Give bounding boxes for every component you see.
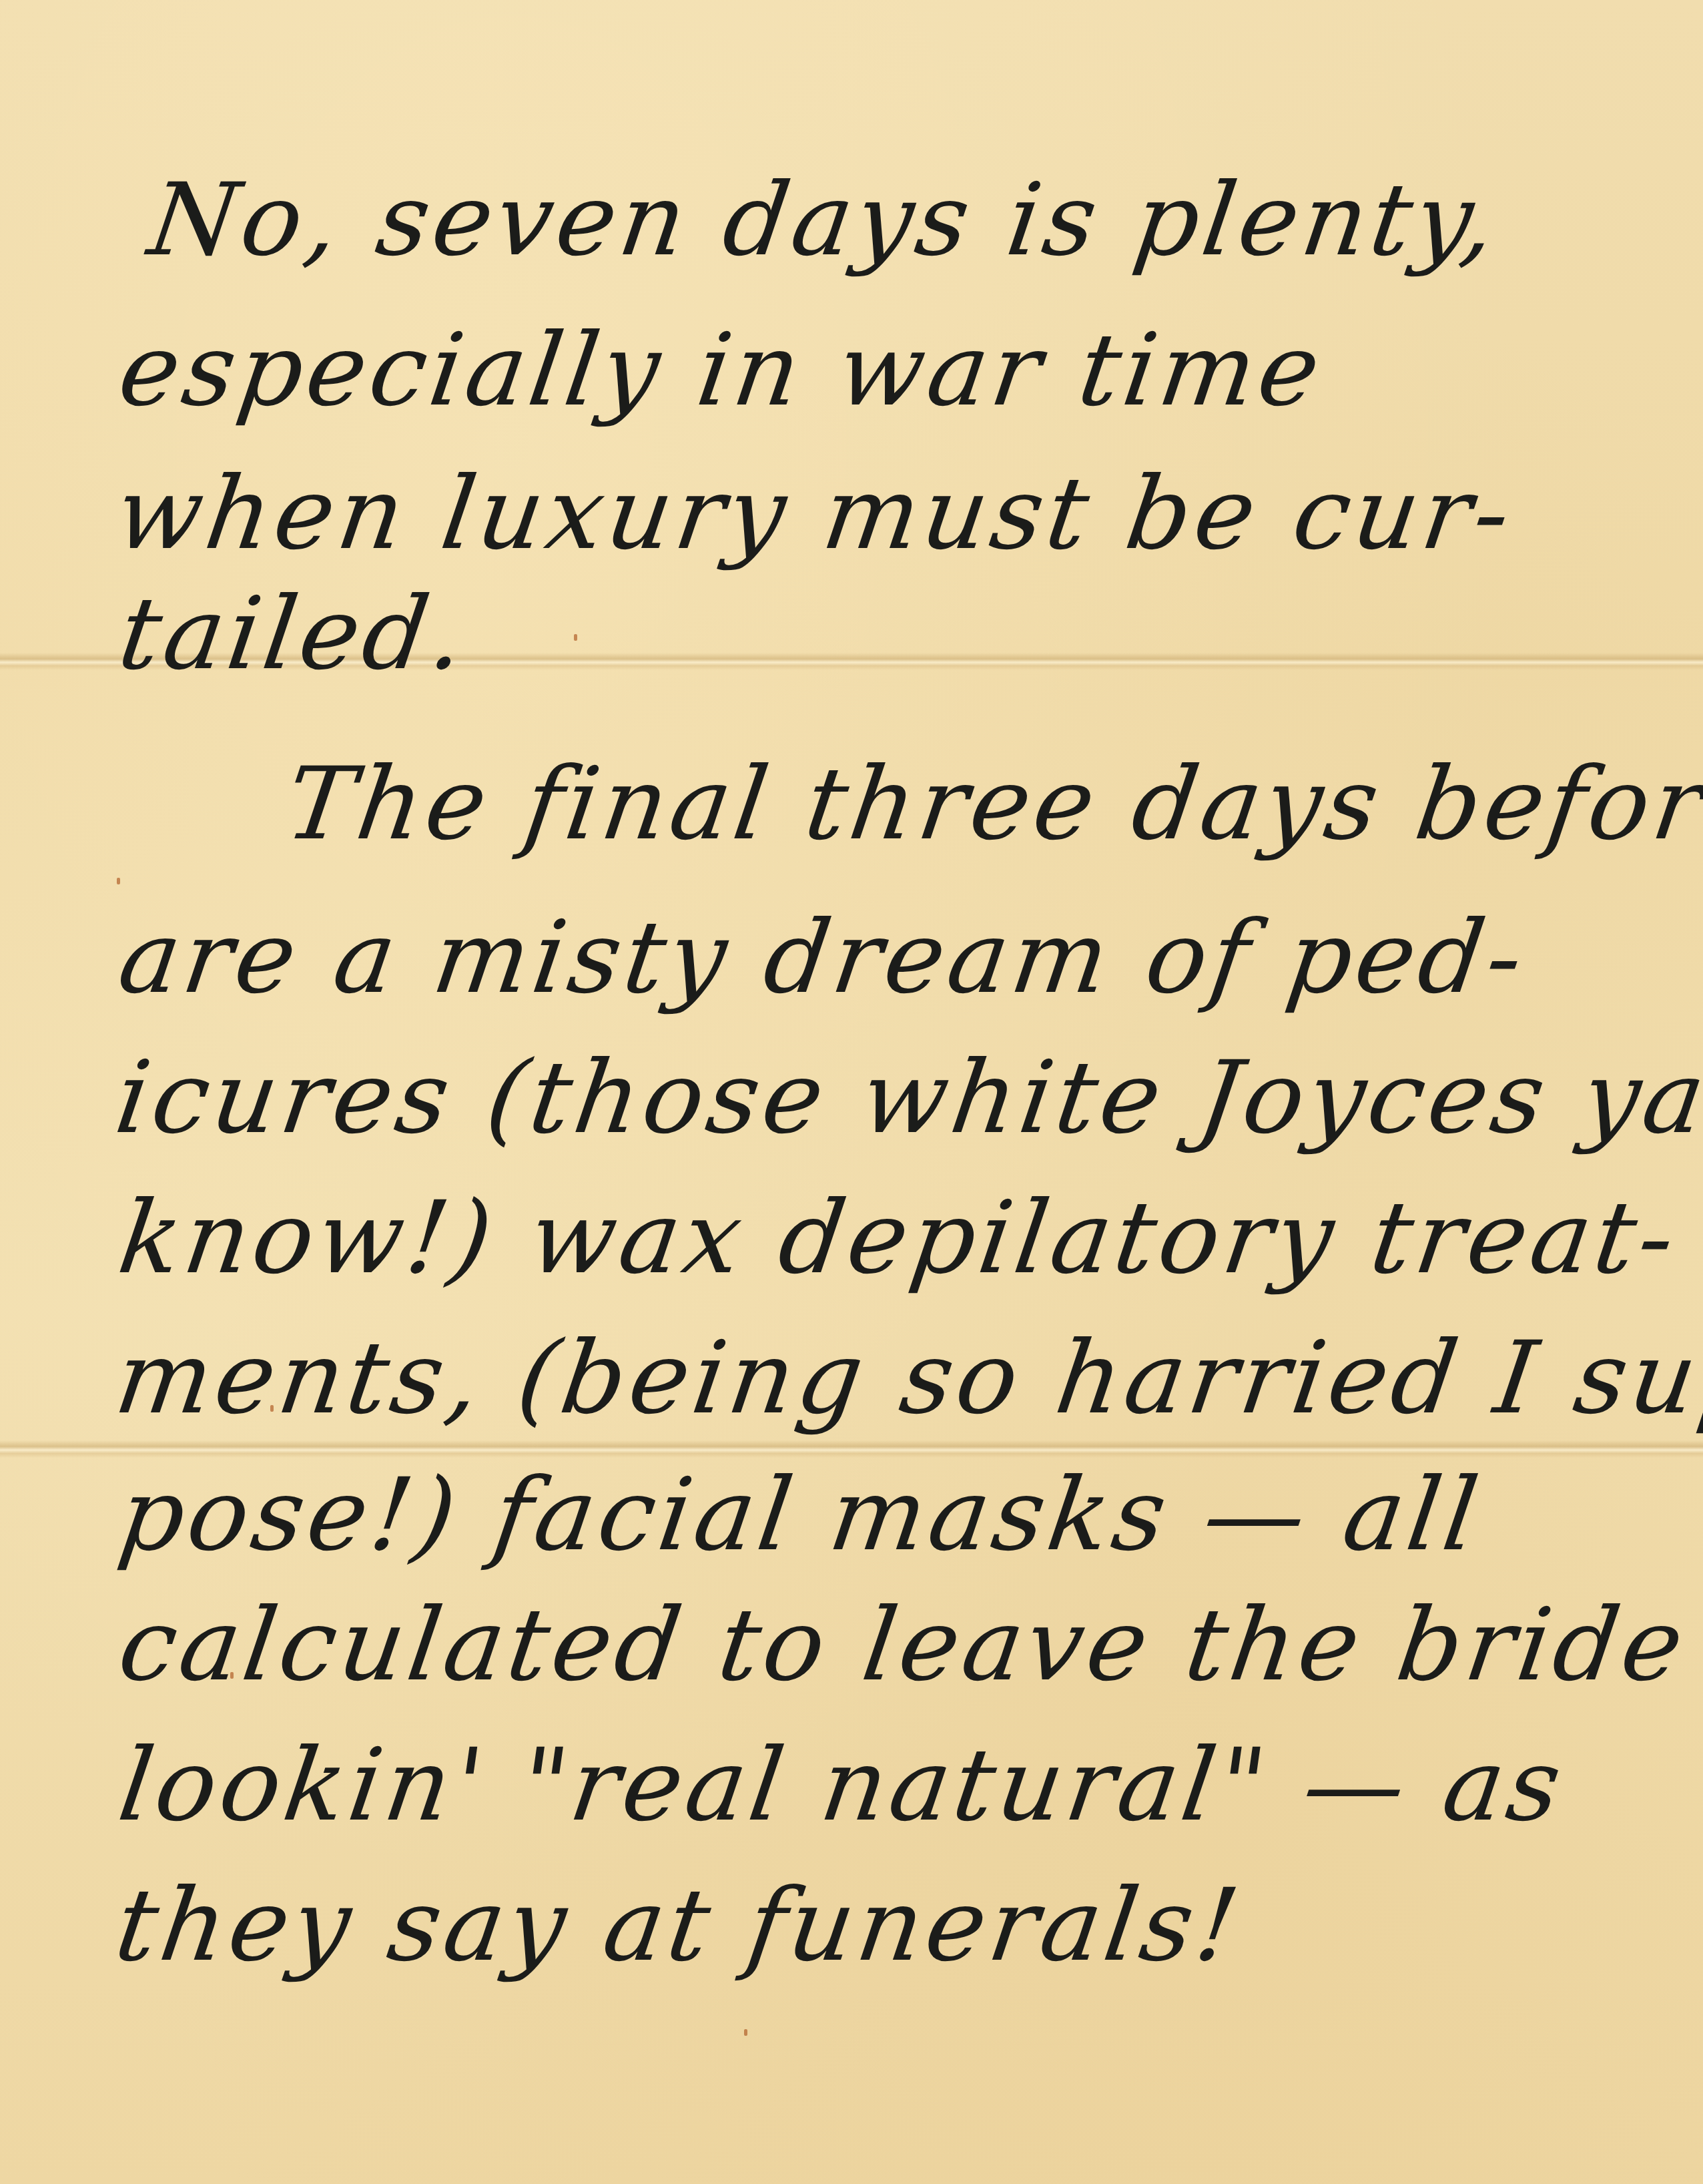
handwritten-line: ments, (being so harried I sup-	[110, 1328, 1703, 1428]
handwritten-line: The final three days before	[280, 754, 1703, 854]
paper-speck	[270, 1405, 274, 1412]
handwritten-line: especially in war time	[113, 320, 1329, 421]
paper-speck	[744, 2029, 747, 2036]
paper-speck	[574, 634, 577, 641]
paper-fold-crease	[0, 1440, 1703, 1458]
handwritten-line: they say at funerals!	[110, 1876, 1248, 1976]
handwritten-line: when luxury must be cur-	[110, 464, 1519, 564]
handwritten-line: calculated to leave the bride	[113, 1595, 1693, 1695]
letter-page: No, seven days is plenty, especially in …	[0, 0, 1703, 2184]
paper-speck	[230, 1672, 234, 1679]
handwritten-line: tailed.	[113, 584, 474, 684]
handwritten-line: lookin' "real natural" — as	[113, 1735, 1570, 1836]
handwritten-line: No, seven days is plenty,	[143, 170, 1505, 270]
paper-speck	[117, 878, 120, 884]
handwritten-line: pose!) facial masks — all	[113, 1465, 1487, 1565]
handwritten-line: are a misty dream of ped-	[113, 908, 1533, 1008]
handwritten-line: icures (those white Joyces ya'	[110, 1048, 1703, 1148]
handwritten-line: know!) wax depilatory treat-	[113, 1188, 1684, 1288]
